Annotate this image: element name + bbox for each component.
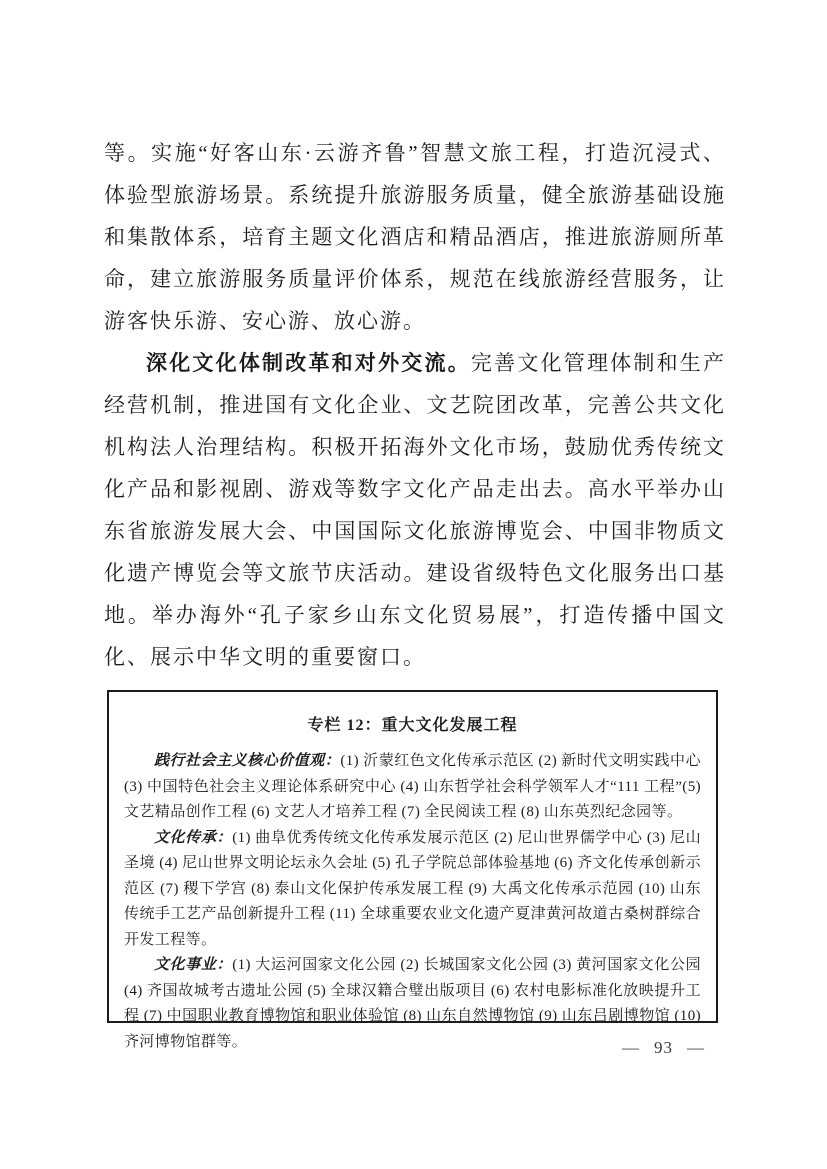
box-paragraph-text: (1) 曲阜优秀传统文化传承发展示范区 (2) 尼山世界儒学中心 (3) 尼山圣… [124,830,701,948]
box-paragraph-lead: 文化事业： [154,957,232,973]
paragraph-culture-reform: 深化文化体制改革和对外交流。完善文化管理体制和生产经营机制，推进国有文化企业、文… [104,342,726,678]
box-paragraph-lead: 践行社会主义核心价值观： [154,753,340,769]
document-page: 等。实施“好客山东·云游齐鲁”智慧文旅工程，打造沉浸式、体验型旅游场景。系统提升… [0,0,827,1169]
box-paragraph-core-values: 践行社会主义核心价值观：(1) 沂蒙红色文化传承示范区 (2) 新时代文明实践中… [124,749,701,826]
footer-right-dash: — [687,1038,705,1058]
column-12-box: 专栏 12：重大文化发展工程 践行社会主义核心价值观：(1) 沂蒙红色文化传承示… [107,690,718,1023]
paragraph-lead-heading: 深化文化体制改革和对外交流。 [146,351,471,375]
paragraph-body-text: 完善文化管理体制和生产经营机制，推进国有文化企业、文艺院团改革，完善公共文化机构… [104,351,726,669]
paragraph-continuation-text: 等。实施“好客山东·云游齐鲁”智慧文旅工程，打造沉浸式、体验型旅游场景。系统提升… [104,141,726,333]
column-box-title: 专栏 12：重大文化发展工程 [124,712,701,735]
footer-left-dash: — [622,1038,640,1058]
box-paragraph-lead: 文化传承： [154,830,232,846]
body-text: 等。实施“好客山东·云游齐鲁”智慧文旅工程，打造沉浸式、体验型旅游场景。系统提升… [104,132,726,678]
box-paragraph-cultural-undertakings: 文化事业：(1) 大运河国家文化公园 (2) 长城国家文化公园 (3) 黄河国家… [124,953,701,1055]
page-number-footer: — 93 — [622,1038,705,1058]
paragraph-continuation: 等。实施“好客山东·云游齐鲁”智慧文旅工程，打造沉浸式、体验型旅游场景。系统提升… [104,132,726,342]
page-number: 93 [654,1038,673,1058]
box-paragraph-cultural-heritage: 文化传承：(1) 曲阜优秀传统文化传承发展示范区 (2) 尼山世界儒学中心 (3… [124,826,701,954]
